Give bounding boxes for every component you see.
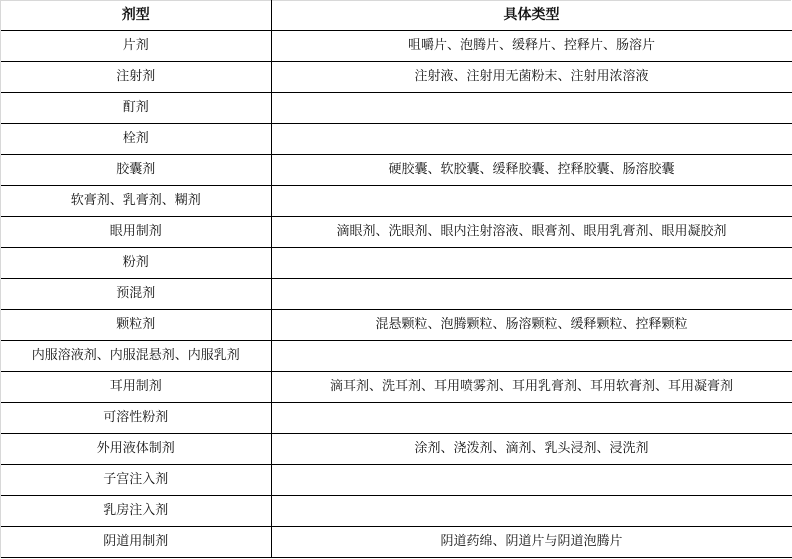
header-specific-types: 具体类型: [271, 0, 792, 31]
table-row: 注射剂 注射液、注射用无菌粉末、注射用浓溶液: [1, 62, 792, 93]
specific-types-cell: [271, 186, 792, 217]
specific-types-cell: 滴耳剂、洗耳剂、耳用喷雾剂、耳用乳膏剂、耳用软膏剂、耳用凝膏剂: [271, 372, 792, 403]
specific-types-cell: [271, 341, 792, 372]
table-row: 可溶性粉剂: [1, 403, 792, 434]
specific-types-cell: 注射液、注射用无菌粉末、注射用浓溶液: [271, 62, 792, 93]
specific-types-cell: [271, 93, 792, 124]
table-row: 胶囊剂 硬胶囊、软胶囊、缓释胶囊、控释胶囊、肠溶胶囊: [1, 155, 792, 186]
specific-types-cell: [271, 279, 792, 310]
table-row: 栓剂: [1, 124, 792, 155]
dosage-form-cell: 耳用制剂: [1, 372, 271, 403]
table-row: 阴道用制剂 阴道药绵、阴道片与阴道泡腾片: [1, 527, 792, 558]
table-row: 片剂 咀嚼片、泡腾片、缓释片、控释片、肠溶片: [1, 31, 792, 62]
specific-types-cell: 阴道药绵、阴道片与阴道泡腾片: [271, 527, 792, 558]
dosage-form-cell: 可溶性粉剂: [1, 403, 271, 434]
table-row: 酊剂: [1, 93, 792, 124]
table-row: 粉剂: [1, 248, 792, 279]
table-row: 眼用制剂 滴眼剂、洗眼剂、眼内注射溶液、眼膏剂、眼用乳膏剂、眼用凝胶剂: [1, 217, 792, 248]
dosage-form-cell: 胶囊剂: [1, 155, 271, 186]
dosage-form-cell: 外用液体制剂: [1, 434, 271, 465]
table-row: 软膏剂、乳膏剂、糊剂: [1, 186, 792, 217]
table-row: 外用液体制剂 涂剂、浇泼剂、滴剂、乳头浸剂、浸洗剂: [1, 434, 792, 465]
specific-types-cell: [271, 248, 792, 279]
header-dosage-form: 剂型: [1, 0, 271, 31]
specific-types-cell: [271, 403, 792, 434]
dosage-form-cell: 眼用制剂: [1, 217, 271, 248]
specific-types-cell: [271, 496, 792, 527]
table-row: 耳用制剂 滴耳剂、洗耳剂、耳用喷雾剂、耳用乳膏剂、耳用软膏剂、耳用凝膏剂: [1, 372, 792, 403]
dosage-form-cell: 酊剂: [1, 93, 271, 124]
dosage-form-cell: 子宫注入剂: [1, 465, 271, 496]
table-row: 子宫注入剂: [1, 465, 792, 496]
table-row: 颗粒剂 混悬颗粒、泡腾颗粒、肠溶颗粒、缓释颗粒、控释颗粒: [1, 310, 792, 341]
table-row: 预混剂: [1, 279, 792, 310]
dosage-form-cell: 粉剂: [1, 248, 271, 279]
specific-types-cell: 混悬颗粒、泡腾颗粒、肠溶颗粒、缓释颗粒、控释颗粒: [271, 310, 792, 341]
specific-types-cell: [271, 465, 792, 496]
dosage-form-table: 剂型 具体类型 片剂 咀嚼片、泡腾片、缓释片、控释片、肠溶片 注射剂 注射液、注…: [1, 0, 792, 558]
specific-types-cell: 涂剂、浇泼剂、滴剂、乳头浸剂、浸洗剂: [271, 434, 792, 465]
dosage-form-cell: 预混剂: [1, 279, 271, 310]
dosage-form-cell: 乳房注入剂: [1, 496, 271, 527]
table-row: 内服溶液剂、内服混悬剂、内服乳剂: [1, 341, 792, 372]
dosage-form-cell: 内服溶液剂、内服混悬剂、内服乳剂: [1, 341, 271, 372]
specific-types-cell: 咀嚼片、泡腾片、缓释片、控释片、肠溶片: [271, 31, 792, 62]
header-row: 剂型 具体类型: [1, 0, 792, 31]
specific-types-cell: [271, 124, 792, 155]
dosage-form-cell: 颗粒剂: [1, 310, 271, 341]
specific-types-cell: 硬胶囊、软胶囊、缓释胶囊、控释胶囊、肠溶胶囊: [271, 155, 792, 186]
dosage-form-cell: 栓剂: [1, 124, 271, 155]
dosage-form-cell: 阴道用制剂: [1, 527, 271, 558]
specific-types-cell: 滴眼剂、洗眼剂、眼内注射溶液、眼膏剂、眼用乳膏剂、眼用凝胶剂: [271, 217, 792, 248]
dosage-form-cell: 注射剂: [1, 62, 271, 93]
table-row: 乳房注入剂: [1, 496, 792, 527]
dosage-form-cell: 片剂: [1, 31, 271, 62]
dosage-form-cell: 软膏剂、乳膏剂、糊剂: [1, 186, 271, 217]
